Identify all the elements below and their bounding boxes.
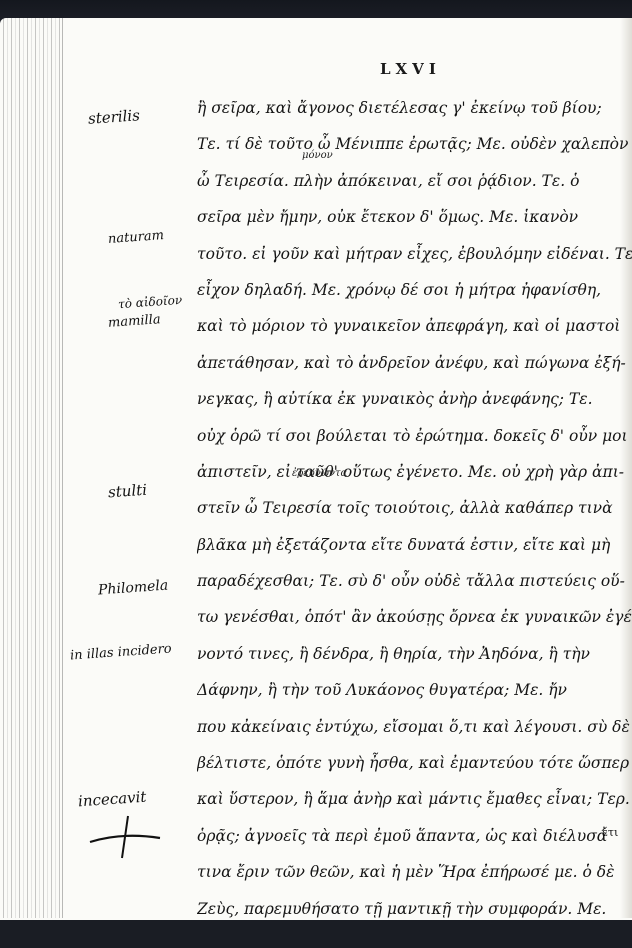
- text-line: εἶχον δηλαδή. Με. χρόνῳ δέ σοι ἡ μήτρα ἠ…: [197, 272, 632, 308]
- text-line: καὶ ὕστερον, ἢ ἅμα ἀνὴρ καὶ μάντις ἔμαθε…: [197, 781, 632, 817]
- text-line: ἢ σεῖρα, καὶ ἄγονος διετέλεσας γ' ἐκείνῳ…: [197, 90, 632, 126]
- text-line: ὁρᾷς; ἀγνοεῖς τὰ περὶ ἐμοῦ ἅπαντα, ὡς κα…: [197, 818, 632, 854]
- interlinear-note: μόνον: [302, 150, 333, 161]
- text-line: σεῖρα μὲν ἤμην, οὐκ ἔτεκον δ' ὅμως. Με. …: [197, 199, 632, 235]
- text-line: ἀπιστεῖν, εἰ ταῦθ' οὕτως ἐγένετο. Με. οὐ…: [197, 454, 632, 490]
- page-edges-left: [0, 18, 63, 918]
- text-line: νεγκας, ἢ αὐτίκα ἐκ γυναικὸς ἀνὴρ ἀνεφάν…: [197, 381, 632, 417]
- text-line: τοῦτο. εἰ γοῦν καὶ μήτραν εἶχες, ἐβουλόμ…: [197, 236, 632, 272]
- text-line: Τε. τί δὲ τοῦτο ὦ Μένιππε ἐρωτᾷς; Με. οὐ…: [197, 126, 632, 162]
- margin-note: sterilis: [87, 106, 140, 128]
- text-line: ὦ Τειρεσία. πλὴν ἀπόκειναι, εἴ σοι ῥᾴδιο…: [197, 163, 632, 199]
- interlinear-note: ἐρευνῶντα: [292, 468, 347, 479]
- text-line: καὶ τὸ μόριον τὸ γυναικεῖον ἀπεφράγη, κα…: [197, 308, 632, 344]
- text-line: νοντό τινες, ἢ δένδρα, ἢ θηρία, τὴν Ἀηδό…: [197, 636, 632, 672]
- text-line: οὐχ ὁρῶ τί σοι βούλεται τὸ ἐρώτημα. δοκε…: [197, 418, 632, 454]
- page-number: LXVI: [380, 60, 441, 78]
- text-line: που κἀκείναις ἐντύχω, εἴσομαι ὅ,τι καὶ λ…: [197, 709, 632, 745]
- text-line: Δάφνην, ἢ τὴν τοῦ Λυκάονος θυγατέρα; Με.…: [197, 672, 632, 708]
- cross-mark-icon: [82, 812, 172, 862]
- text-line: Ζεὺς, παρεμυθήσατο τῇ μαντικῇ τὴν συμφορ…: [197, 891, 632, 927]
- greek-text-block: ἢ σεῖρα, καὶ ἄγονος διετέλεσας γ' ἐκείνῳ…: [197, 90, 632, 927]
- text-line: τινα ἔριν τῶν θεῶν, καὶ ἡ μὲν Ἥρα ἐπήρωσ…: [197, 854, 632, 890]
- text-line: παραδέχεσθαι; Τε. σὺ δ' οὖν οὐδὲ τἄλλα π…: [197, 563, 632, 599]
- catchword: ἔτι: [602, 826, 618, 839]
- text-line: τω γενέσθαι, ὁπότ' ἂν ἀκούσῃς ὄρνεα ἐκ γ…: [197, 599, 632, 635]
- text-line: βλᾶκα μὴ ἐξετάζοντα εἴτε δυνατά ἐστιν, ε…: [197, 527, 632, 563]
- text-line: ἀπετάθησαν, καὶ τὸ ἀνδρεῖον ἀνέφυ, καὶ π…: [197, 345, 632, 381]
- text-line: βέλτιστε, ὁπότε γυνὴ ἦσθα, καὶ ἐμαντεύου…: [197, 745, 632, 781]
- margin-note: stulti: [107, 481, 147, 502]
- text-line: στεῖν ὦ Τειρεσία τοῖς τοιούτοις, ἀλλὰ κα…: [197, 490, 632, 526]
